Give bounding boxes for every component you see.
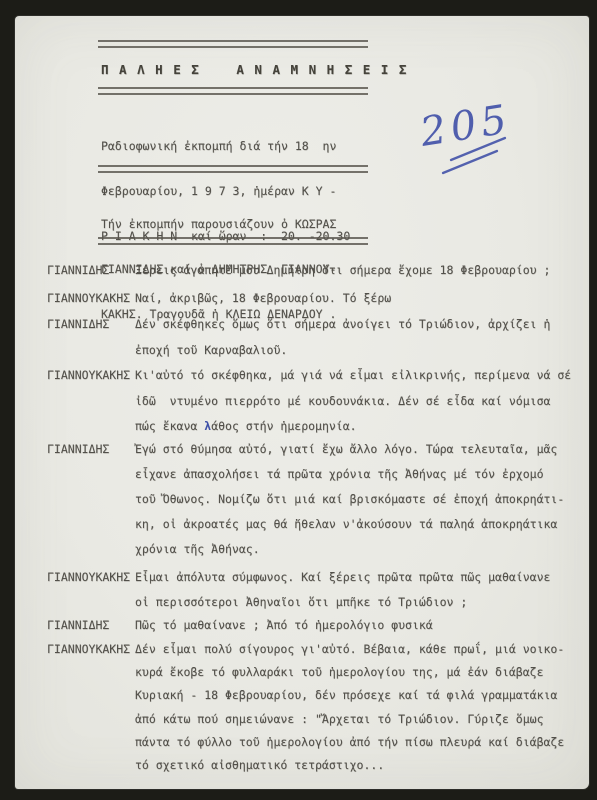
dialogue-line: Κυριακή - 18 Φεβρουαρίου, δέν πρόσεχε κα… bbox=[135, 688, 583, 711]
speaker-label: ΓΙΑΝΝΟΥΚΑΚΗΣ bbox=[47, 570, 130, 584]
handwritten-page-number-text: 205 bbox=[416, 96, 514, 156]
speaker-label: ΓΙΑΝΝΟΥΚΑΚΗΣ bbox=[47, 291, 130, 305]
dialogue-text: Ξέρεις ἀγαπητέ μου Δημήτρη ὅτι σήμερα ἔχ… bbox=[135, 263, 583, 289]
dialogue-paragraph: ΓΙΑΝΝΟΥΚΑΚΗΣΕἶμαι ἀπόλυτα σύμφωνος. Καί … bbox=[15, 570, 589, 620]
speaker-label: ΓΙΑΝΝΙΔΗΣ bbox=[47, 263, 109, 277]
dialogue-line: Εἶμαι ἀπόλυτα σύμφωνος. Καί ξέρεις πρῶτα… bbox=[135, 570, 583, 595]
dialogue-paragraph: ΓΙΑΝΝΟΥΚΑΚΗΣΔέν εἶμαι πολύ σίγουρος γι'α… bbox=[15, 642, 589, 781]
handwritten-page-number: 205 bbox=[413, 90, 553, 194]
double-rule-above-presenters bbox=[98, 165, 368, 173]
dialogue-line: ἰδῶ ντυμένο πιερρότο μέ κουδουνάκια. Δέν… bbox=[135, 394, 583, 420]
dialogue-paragraph: ΓΙΑΝΝΟΥΚΑΚΗΣΝαί, ἀκριβῶς, 18 Φεβρουαρίου… bbox=[15, 291, 589, 317]
dialogue-paragraph: ΓΙΑΝΝΙΔΗΣΞέρεις ἀγαπητέ μου Δημήτρη ὅτι … bbox=[15, 263, 589, 289]
double-rule-under-title bbox=[98, 87, 368, 95]
double-rule-below-presenters bbox=[98, 237, 368, 245]
dialogue-line: οἱ περισσότεροι Ἀθηναῖοι ὅτι μπῆκε τό Τρ… bbox=[135, 595, 583, 620]
dialogue-text: Ναί, ἀκριβῶς, 18 Φεβρουαρίου. Τό ξέρω bbox=[135, 291, 583, 317]
dialogue-line: Δέν σκέφθηκες ὅμως ὅτι σήμερα ἀνοίγει τό… bbox=[135, 317, 583, 343]
dialogue-line: κυρά ἔκοβε τό φυλλαράκι τοῦ ἡμερολογίου … bbox=[135, 665, 583, 688]
scanned-paper-page: Π Α Λ Η Ε Σ Α Ν Α Μ Ν Η Σ Ε Ι Σ Ραδιοφων… bbox=[15, 16, 589, 789]
dialogue-line: πώς ἔκανα λάθος στήν ἡμερομηνία. bbox=[135, 419, 583, 445]
dialogue-line: Πῶς τό μαθαίνανε ; Ἀπό τό ἡμερολόγιο φυσ… bbox=[135, 618, 583, 643]
handwritten-underline bbox=[443, 151, 497, 173]
dialogue-text: Πῶς τό μαθαίνανε ; Ἀπό τό ἡμερολόγιο φυσ… bbox=[135, 618, 583, 643]
dialogue-text: Δέν εἶμαι πολύ σίγουρος γι'αὐτό. Βέβαια,… bbox=[135, 642, 583, 781]
dialogue-line: Κι'αὐτό τό σκέφθηκα, μά γιά νά εἶμαι εἰλ… bbox=[135, 368, 583, 394]
handwritten-correction: λ bbox=[204, 419, 211, 433]
dialogue-paragraph: ΓΙΑΝΝΟΥΚΑΚΗΣΚι'αὐτό τό σκέφθηκα, μά γιά … bbox=[15, 368, 589, 445]
presenters-line: Τήν ἐκπομπήν παρουσιάζουν ὁ ΚΩΣΡΑΣ bbox=[101, 217, 336, 232]
dialogue-paragraph: ΓΙΑΝΝΙΔΗΣἘγώ στό θύμησα αὐτό, γιατί ἔχω … bbox=[15, 442, 589, 567]
speaker-label: ΓΙΑΝΝΟΥΚΑΚΗΣ bbox=[47, 642, 130, 656]
speaker-label: ΓΙΑΝΝΙΔΗΣ bbox=[47, 442, 109, 456]
dialogue-line: ἀπό κάτω πού σημειώνανε : "Ἄρχεται τό Τρ… bbox=[135, 712, 583, 735]
speaker-label: ΓΙΑΝΝΙΔΗΣ bbox=[47, 618, 109, 632]
dialogue-text: Κι'αὐτό τό σκέφθηκα, μά γιά νά εἶμαι εἰλ… bbox=[135, 368, 583, 445]
scan-backdrop: { "document": { "handwritten_page_number… bbox=[0, 0, 597, 800]
dialogue-line: πάντα τό φύλλο τοῦ ἡμερολογίου ἀπό τήν π… bbox=[135, 735, 583, 758]
dialogue-line: χρόνια τῆς Ἀθήνας. bbox=[135, 542, 583, 567]
page-title: Π Α Λ Η Ε Σ Α Ν Α Μ Ν Η Σ Ε Ι Σ bbox=[101, 62, 408, 77]
broadcast-info-line: Ραδιοφωνική ἐκπομπή διά τήν 18 ην bbox=[101, 139, 350, 154]
speaker-label: ΓΙΑΝΝΙΔΗΣ bbox=[47, 317, 109, 331]
dialogue-text: Ἐγώ στό θύμησα αὐτό, γιατί ἔχω ἄλλο λόγο… bbox=[135, 442, 583, 567]
dialogue-line: Ναί, ἀκριβῶς, 18 Φεβρουαρίου. Τό ξέρω bbox=[135, 291, 583, 317]
dialogue-line: Ἐγώ στό θύμησα αὐτό, γιατί ἔχω ἄλλο λόγο… bbox=[135, 442, 583, 467]
dialogue-line: κη, οἱ ἀκροατές μας θά ἤθελαν ν'ἀκούσουν… bbox=[135, 517, 583, 542]
dialogue-line: Δέν εἶμαι πολύ σίγουρος γι'αὐτό. Βέβαια,… bbox=[135, 642, 583, 665]
dialogue-line: τοῦ Ὄθωνος. Νομίζω ὅτι μιά καί βρισκόμασ… bbox=[135, 492, 583, 517]
dialogue-paragraph: ΓΙΑΝΝΙΔΗΣΔέν σκέφθηκες ὅμως ὅτι σήμερα ἀ… bbox=[15, 317, 589, 369]
dialogue-line: τό σχετικό αἰσθηματικό τετράστιχο... bbox=[135, 758, 583, 781]
double-rule-top bbox=[98, 40, 368, 48]
dialogue-line: ἐποχή τοῦ Καρναβαλιοῦ. bbox=[135, 343, 583, 369]
speaker-label: ΓΙΑΝΝΟΥΚΑΚΗΣ bbox=[47, 368, 130, 382]
dialogue-text: Δέν σκέφθηκες ὅμως ὅτι σήμερα ἀνοίγει τό… bbox=[135, 317, 583, 369]
dialogue-line: Ξέρεις ἀγαπητέ μου Δημήτρη ὅτι σήμερα ἔχ… bbox=[135, 263, 583, 289]
dialogue-text: Εἶμαι ἀπόλυτα σύμφωνος. Καί ξέρεις πρῶτα… bbox=[135, 570, 583, 620]
dialogue-paragraph: ΓΙΑΝΝΙΔΗΣΠῶς τό μαθαίνανε ; Ἀπό τό ἡμερο… bbox=[15, 618, 589, 643]
dialogue-line: εἶχανε ἀπασχολήσει τά πρῶτα χρόνια τῆς Ἀ… bbox=[135, 467, 583, 492]
